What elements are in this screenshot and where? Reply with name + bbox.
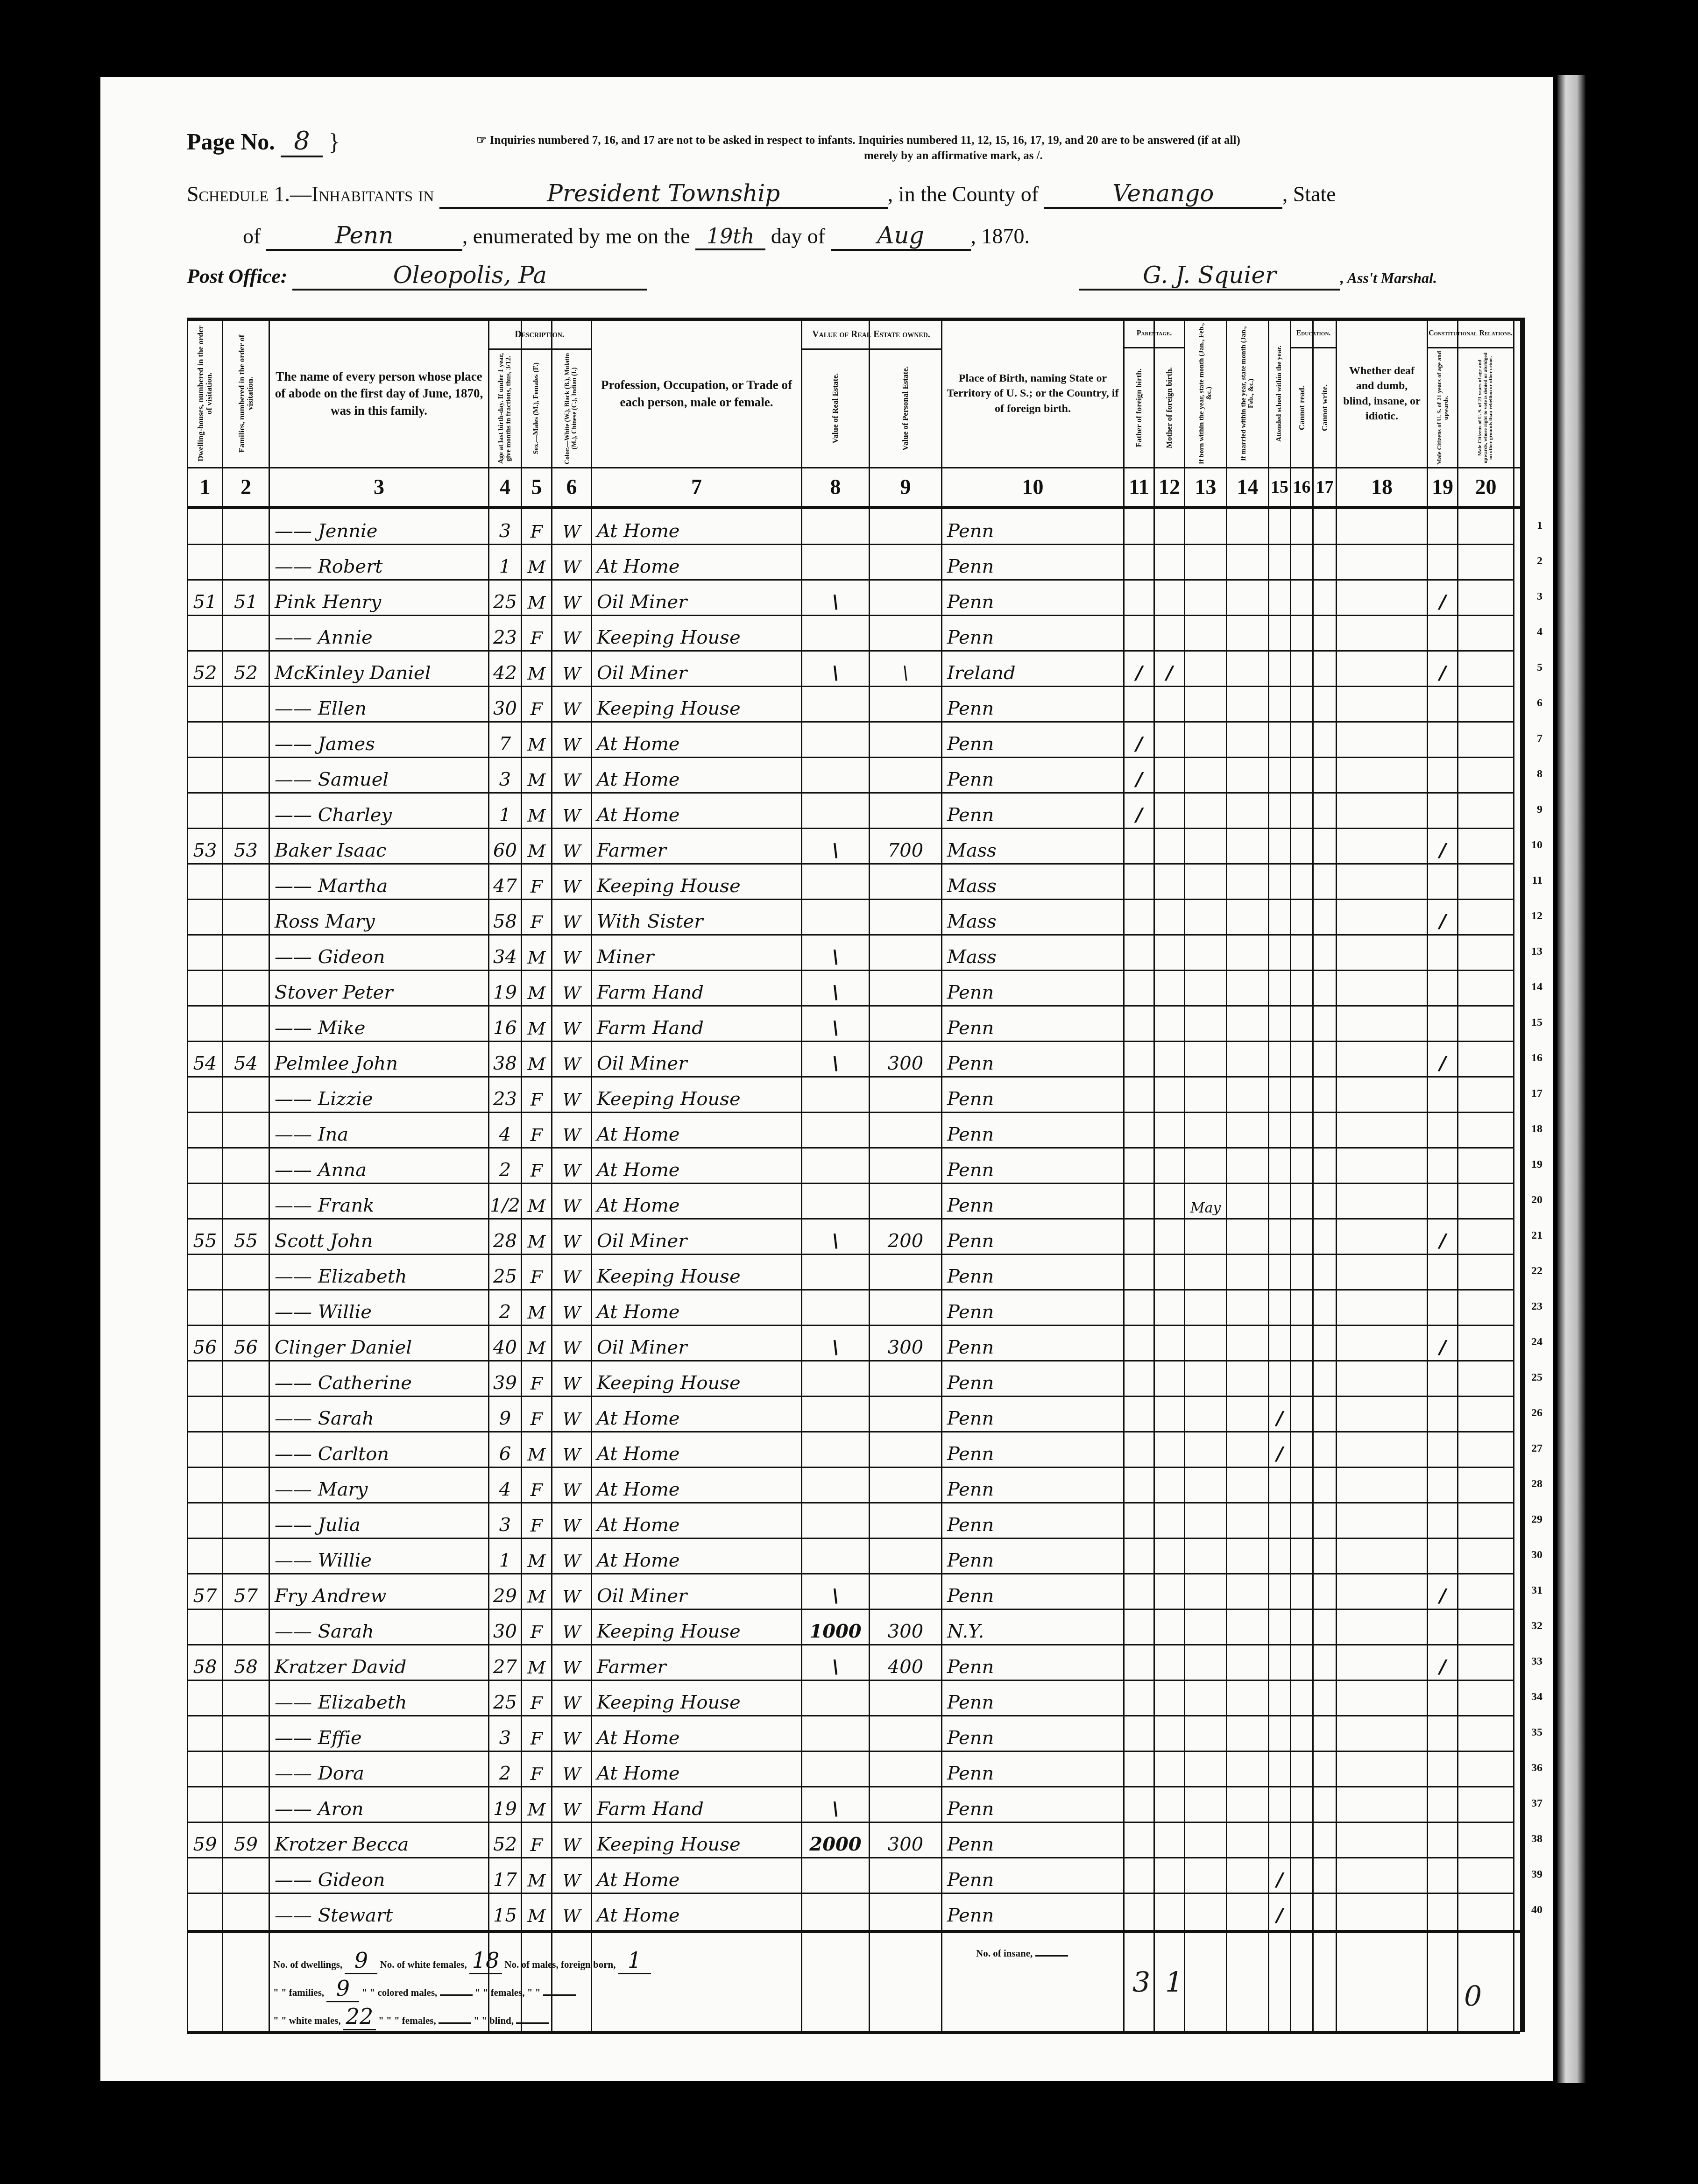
cell-color: W [552,1681,591,1716]
cell-mother-foreign [1155,1184,1184,1219]
cell-father-foreign [1125,1503,1153,1539]
header-col-16: Cannot read. [1291,350,1312,466]
cell-sex: M [522,971,551,1006]
cell-age: 23 [489,616,521,651]
schedule-label: Schedule 1.—Inhabitants in [187,182,434,206]
header-bottom-line [187,467,1520,468]
cell-citizen [1428,758,1457,793]
cell-age: 30 [489,687,521,722]
cell-born-month [1185,545,1226,580]
cell-real-estate: \ [802,971,869,1006]
cell-real-estate [802,616,869,651]
line-number: 40 [1531,1904,1542,1916]
column-number-13: 13 [1185,469,1226,504]
cell-name: Krotzer Becca [270,1822,488,1858]
cell-married-month [1227,1184,1268,1219]
cell-father-foreign [1125,829,1153,864]
cell-dwelling [188,545,222,580]
table-row: 5454Pelmlee John38MWOil Miner\300Penn/16 [187,1042,1520,1077]
cell-name: —— Mike [270,1006,488,1042]
cell-real-estate [802,1681,869,1716]
cell-dwelling: 54 [188,1042,222,1077]
census-table: Dwelling-houses, numbered in the order o… [187,318,1520,2034]
cell-birthplace: Mass [942,864,1123,900]
cell-family [223,1290,269,1326]
line-number: 12 [1531,910,1542,922]
table-row: —— Carlton6MWAt HomePenn/27 [187,1432,1520,1468]
cell-occupation: At Home [592,1397,801,1432]
table-row: —— Sarah30FWKeeping House1000300N.Y.32 [187,1610,1520,1645]
cell-mother-foreign [1155,1787,1184,1822]
cell-birthplace: Penn [942,793,1123,829]
cell-occupation: At Home [592,1893,801,1929]
cell-citizen [1428,545,1457,580]
cell-married-month [1227,1893,1268,1929]
cell-school [1269,545,1290,580]
cell-mother-foreign [1155,793,1184,829]
cell-born-month [1185,829,1226,864]
cell-occupation: Miner [592,935,801,971]
cell-father-foreign [1125,1042,1153,1077]
cell-mother-foreign [1155,1610,1184,1645]
cell-married-month [1227,509,1268,545]
cell-occupation: At Home [592,722,801,758]
header-col-17: Cannot write. [1314,350,1336,466]
cell-born-month [1185,1645,1226,1681]
cell-family: 53 [223,829,269,864]
header-col-15: Attended school within the year. [1269,322,1290,465]
cell-sex: M [522,1574,551,1610]
line-number: 14 [1531,981,1542,993]
cell-color: W [552,1113,591,1148]
cell-personal-estate [870,1503,941,1539]
cell-father-foreign [1125,1255,1153,1290]
cell-family: 55 [223,1219,269,1255]
cell-school [1269,1113,1290,1148]
cell-birthplace: Mass [942,829,1123,864]
line-number: 2 [1537,555,1542,567]
cell-age: 3 [489,1716,521,1751]
cell-real-estate [802,758,869,793]
header-col-8: Value of Real Estate. [802,351,869,466]
cell-mother-foreign [1155,1432,1184,1468]
cell-occupation: At Home [592,1184,801,1219]
cell-personal-estate [870,1681,941,1716]
cell-name: —— Julia [270,1503,488,1539]
cell-family [223,1893,269,1929]
cell-father-foreign: / [1125,793,1153,829]
cell-dwelling [188,1184,222,1219]
header-col-14-text: If married within the year, state month … [1240,322,1255,465]
cell-married-month [1227,1006,1268,1042]
cell-school [1269,935,1290,971]
header-col-10-text: Place of Birth, naming State or Territor… [942,371,1123,416]
cell-born-month [1185,1751,1226,1787]
cell-age: 38 [489,1042,521,1077]
table-row: —— Aron19MWFarm Hand\Penn37 [187,1787,1520,1822]
cell-father-foreign [1125,545,1153,580]
line-number: 19 [1531,1158,1542,1171]
column-number-17: 17 [1314,469,1336,504]
cell-born-month [1185,1610,1226,1645]
cell-color: W [552,1326,591,1361]
header-col-10: Place of Birth, naming State or Territor… [942,322,1123,465]
cell-sex: F [522,616,551,651]
header-col-9: Value of Personal Estate. [870,351,941,466]
parentage-group-text: Parentage. [1137,329,1172,338]
cell-real-estate: \ [802,1042,869,1077]
cell-name: —— Anna [270,1148,488,1184]
cell-citizen [1428,864,1457,900]
cell-real-estate [802,1148,869,1184]
cell-personal-estate [870,971,941,1006]
cell-real-estate [802,1290,869,1326]
cell-dwelling [188,1361,222,1397]
header-col-9-text: Value of Personal Estate. [901,366,910,451]
state-label: , State [1282,182,1336,206]
cell-sex: M [522,545,551,580]
header-col-1: Dwelling-houses, numbered in the order o… [188,322,222,465]
cell-father-foreign [1125,580,1153,616]
cell-citizen: / [1428,829,1457,864]
cell-color: W [552,1184,591,1219]
cell-school [1269,1361,1290,1397]
cell-born-month [1185,580,1226,616]
cell-father-foreign [1125,1148,1153,1184]
header-description-group: Description. [489,321,590,347]
cell-born-month [1185,1681,1226,1716]
cell-name: —— Sarah [270,1610,488,1645]
table-row: 5151Pink Henry25MWOil Miner\Penn/3 [187,580,1520,616]
cell-birthplace: Penn [942,616,1123,651]
line-number: 5 [1537,661,1542,674]
cell-father-foreign [1125,1326,1153,1361]
cell-personal-estate [870,1077,941,1113]
cell-birthplace: Penn [942,1539,1123,1574]
cell-name: Ross Mary [270,900,488,935]
cell-name: —— Charley [270,793,488,829]
table-row: —— Annie23FWKeeping HousePenn4 [187,616,1520,651]
cell-father-foreign [1125,1397,1153,1432]
cell-married-month [1227,900,1268,935]
cell-married-month [1227,1858,1268,1893]
cell-mother-foreign [1155,1148,1184,1184]
cell-married-month [1227,1113,1268,1148]
table-row: Stover Peter19MWFarm Hand\Penn14 [187,971,1520,1006]
cell-married-month [1227,722,1268,758]
cell-family: 54 [223,1042,269,1077]
day-of-label: day of [771,224,825,248]
cell-dwelling [188,1681,222,1716]
cell-age: 4 [489,1113,521,1148]
cell-occupation: Keeping House [592,864,801,900]
cell-school [1269,1716,1290,1751]
cell-name: Clinger Daniel [270,1326,488,1361]
header-col-12: Mother of foreign birth. [1155,350,1184,466]
cell-personal-estate [870,1113,941,1148]
cell-married-month [1227,1148,1268,1184]
cell-citizen [1428,1397,1457,1432]
header-col-13-text: If born within the year, state month (Ja… [1198,322,1213,465]
cell-birthplace: Penn [942,1042,1123,1077]
cell-school [1269,971,1290,1006]
cell-dwelling [188,1716,222,1751]
line-number: 16 [1531,1052,1542,1064]
line-number: 30 [1531,1549,1542,1561]
cell-dwelling: 59 [188,1822,222,1858]
cell-birthplace: Penn [942,509,1123,545]
cell-personal-estate [870,1148,941,1184]
cell-birthplace: Penn [942,1716,1123,1751]
header-col-5-text: Sex.—Males (M.), Females (F.) [533,362,540,454]
table-row: —— Charley1MWAt HomePenn/9 [187,793,1520,829]
cell-name: —— Gideon [270,1858,488,1893]
cell-real-estate [802,1432,869,1468]
cell-mother-foreign [1155,829,1184,864]
column-number-4: 4 [489,469,521,504]
cell-mother-foreign [1155,864,1184,900]
cell-personal-estate [870,1468,941,1503]
line-number: 13 [1531,945,1542,958]
marshal-signature: G. J. Squier [1079,262,1340,291]
line-number: 26 [1531,1407,1542,1419]
header-col-18: Whether deaf and dumb, blind, insane, or… [1337,322,1427,465]
colored-females-label: " " " females, [378,2015,436,2026]
cell-occupation: Keeping House [592,1822,801,1858]
white-males-label: " " white males, [273,2015,341,2026]
cell-real-estate: \ [802,651,869,687]
cell-mother-foreign: / [1155,651,1184,687]
cell-family: 58 [223,1645,269,1681]
cell-occupation: Keeping House [592,687,801,722]
cell-mother-foreign [1155,545,1184,580]
cell-father-foreign [1125,1610,1153,1645]
footer-line-3: " " white males, 22 " " " females, " " b… [273,2004,549,2030]
cell-mother-foreign [1155,1397,1184,1432]
cell-citizen: / [1428,1645,1457,1681]
colored-females-count [439,2022,471,2024]
cell-personal-estate [870,1432,941,1468]
cell-dwelling [188,971,222,1006]
table-row: —— Willie2MWAt HomePenn23 [187,1290,1520,1326]
cell-citizen [1428,1610,1457,1645]
cell-birthplace: Penn [942,1255,1123,1290]
cell-sex: M [522,1042,551,1077]
cell-age: 1 [489,545,521,580]
column-number-19: 19 [1428,469,1457,504]
line-number: 24 [1531,1336,1542,1348]
cell-citizen [1428,1077,1457,1113]
cell-personal-estate [870,1184,941,1219]
cell-color: W [552,1610,591,1645]
table-row: —— Lizzie23FWKeeping HousePenn17 [187,1077,1520,1113]
cell-color: W [552,1219,591,1255]
line-number: 6 [1537,697,1542,709]
cell-color: W [552,1468,591,1503]
cell-personal-estate [870,1006,941,1042]
state-value: Penn [266,222,462,251]
cell-real-estate [802,864,869,900]
cell-father-foreign [1125,509,1153,545]
marshal-line: G. J. Squier, Ass't Marshal. [1079,262,1437,291]
cell-married-month [1227,580,1268,616]
description-group-text: Description. [515,329,565,340]
cell-name: —— Ellen [270,687,488,722]
cell-born-month [1185,1539,1226,1574]
cell-sex: M [522,1858,551,1893]
cell-married-month [1227,616,1268,651]
females-foreign-label: " " females, " " [475,1987,541,1998]
cell-school [1269,900,1290,935]
white-females-label: No. of white females, [380,1959,467,1970]
cell-birthplace: Penn [942,1148,1123,1184]
cell-dwelling [188,1077,222,1113]
cell-mother-foreign [1155,971,1184,1006]
cell-family [223,1858,269,1893]
cell-name: —— Annie [270,616,488,651]
cell-mother-foreign [1155,687,1184,722]
cell-personal-estate [870,935,941,971]
cell-family: 56 [223,1326,269,1361]
cell-citizen: / [1428,1219,1457,1255]
cell-school [1269,1042,1290,1077]
cell-school [1269,1148,1290,1184]
table-row: —— Willie1MWAt HomePenn30 [187,1539,1520,1574]
cell-mother-foreign [1155,1468,1184,1503]
header-col-3: The name of every person whose place of … [270,322,488,465]
cell-name: —— Gideon [270,935,488,971]
line-number: 23 [1531,1300,1542,1313]
cell-name: Pelmlee John [270,1042,488,1077]
of-label: of [243,224,261,248]
cell-married-month [1227,1219,1268,1255]
cell-dwelling [188,1006,222,1042]
cell-age: 1 [489,793,521,829]
cell-real-estate: \ [802,1006,869,1042]
cell-married-month [1227,1042,1268,1077]
cell-occupation: At Home [592,758,801,793]
cell-born-month [1185,1397,1226,1432]
cell-citizen [1428,971,1457,1006]
line-number: 38 [1531,1833,1542,1845]
cell-married-month [1227,1326,1268,1361]
cell-age: 17 [489,1858,521,1893]
cell-dwelling [188,1751,222,1787]
cell-age: 9 [489,1397,521,1432]
cell-married-month [1227,1539,1268,1574]
cell-mother-foreign [1155,1751,1184,1787]
cell-dwelling [188,935,222,971]
cell-name: —— Carlton [270,1432,488,1468]
cell-age: 30 [489,1610,521,1645]
cell-school [1269,722,1290,758]
cell-born-month [1185,1574,1226,1610]
cell-dwelling [188,616,222,651]
cell-real-estate [802,1255,869,1290]
cell-family [223,616,269,651]
cell-occupation: At Home [592,1539,801,1574]
column-number-10: 10 [942,469,1123,504]
cell-citizen [1428,1751,1457,1787]
cell-school [1269,829,1290,864]
males-foreign-label: No. of males, foreign born, [504,1959,616,1970]
cell-born-month [1185,1148,1226,1184]
cell-name: —— Jennie [270,509,488,545]
header-col-18-text: Whether deaf and dumb, blind, insane, or… [1337,363,1427,424]
post-office-line: Post Office: Oleopolis, Pa [187,262,647,291]
colnum-bottom-line [187,506,1520,509]
cell-occupation: At Home [592,545,801,580]
cell-father-foreign [1125,900,1153,935]
cell-sex: F [522,1077,551,1113]
cell-occupation: Keeping House [592,1681,801,1716]
cell-married-month [1227,1751,1268,1787]
cell-mother-foreign [1155,616,1184,651]
cell-citizen [1428,1503,1457,1539]
cell-color: W [552,1255,591,1290]
cell-personal-estate [870,1539,941,1574]
schedule-line: Schedule 1.—Inhabitants in President Tow… [187,180,1336,209]
cell-born-month [1185,1858,1226,1893]
cell-personal-estate [870,722,941,758]
cell-dwelling [188,1255,222,1290]
cell-color: W [552,1822,591,1858]
cell-citizen: / [1428,1042,1457,1077]
cell-birthplace: Penn [942,1822,1123,1858]
blind-label: " " blind, [474,2015,514,2026]
cell-name: Kratzer David [270,1645,488,1681]
cell-dwelling [188,1290,222,1326]
header-col-2: Families, numbered in the order of visit… [223,322,269,465]
cell-birthplace: Penn [942,1574,1123,1610]
cell-occupation: Keeping House [592,1361,801,1397]
cell-mother-foreign [1155,1822,1184,1858]
cell-school [1269,687,1290,722]
header-col-4: Age at last birth-day. If under 1 year, … [489,351,521,466]
cell-dwelling: 58 [188,1645,222,1681]
line-number: 18 [1531,1123,1542,1135]
cell-sex: M [522,1787,551,1822]
cell-mother-foreign [1155,1503,1184,1539]
cell-family [223,1113,269,1148]
cell-father-foreign [1125,864,1153,900]
cell-personal-estate: 300 [870,1610,941,1645]
cell-married-month [1227,1822,1268,1858]
cell-birthplace: Penn [942,1893,1123,1929]
cell-married-month [1227,1077,1268,1113]
cell-citizen [1428,1361,1457,1397]
cell-color: W [552,1751,591,1787]
cell-father-foreign [1125,1681,1153,1716]
cell-birthplace: Penn [942,1006,1123,1042]
cell-dwelling [188,1539,222,1574]
cell-name: Pink Henry [270,580,488,616]
cell-occupation: At Home [592,793,801,829]
cell-married-month [1227,971,1268,1006]
cell-name: Baker Isaac [270,829,488,864]
cell-occupation: At Home [592,1716,801,1751]
cell-family [223,1716,269,1751]
cell-sex: M [522,758,551,793]
cell-family [223,1432,269,1468]
cell-color: W [552,1432,591,1468]
cell-name: —— Lizzie [270,1077,488,1113]
line-number: 35 [1531,1726,1542,1739]
cell-family [223,1539,269,1574]
cell-personal-estate [870,900,941,935]
cell-family [223,1184,269,1219]
cell-father-foreign [1125,1361,1153,1397]
